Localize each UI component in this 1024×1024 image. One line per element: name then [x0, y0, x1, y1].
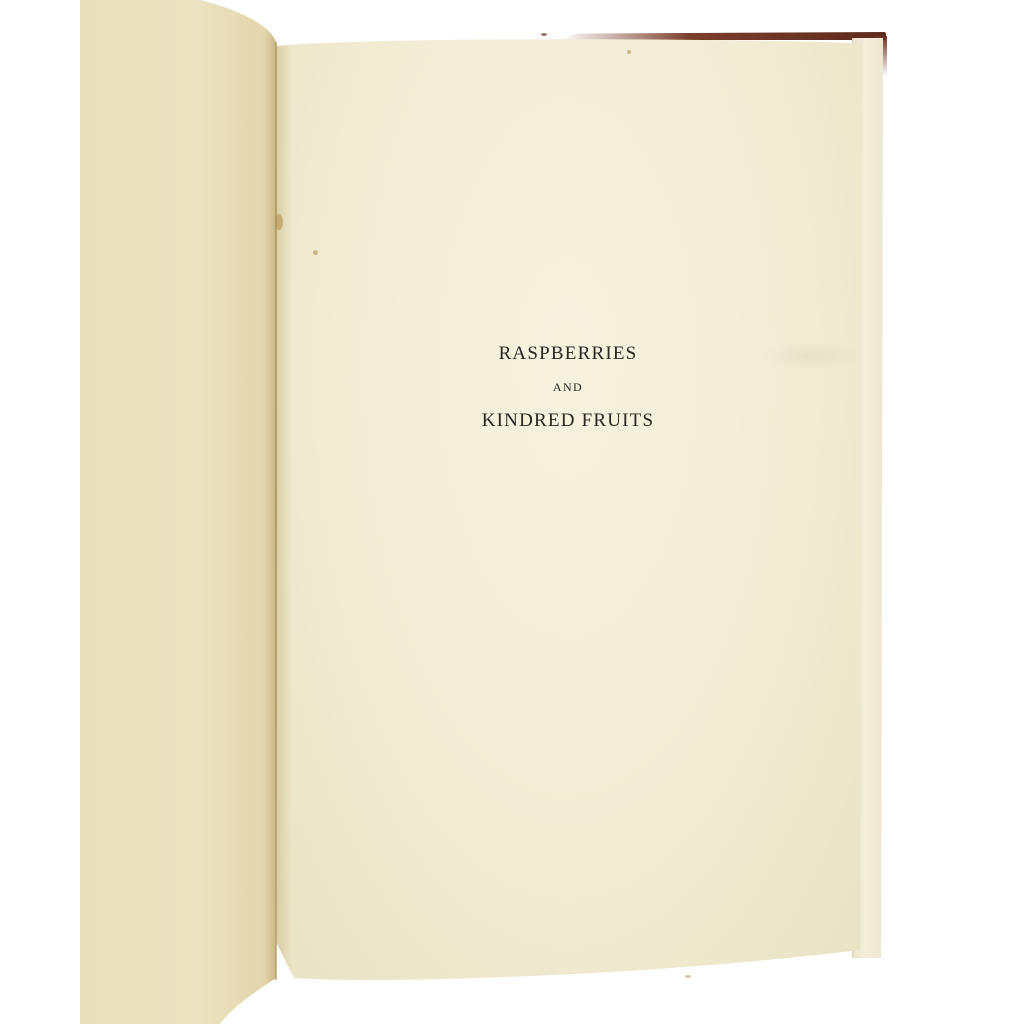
foxing-spot — [685, 975, 691, 978]
title-line-raspberries: RASPBERRIES — [274, 344, 862, 363]
back-cover-edge — [560, 32, 886, 40]
right-page — [274, 38, 862, 983]
foxing-spot — [541, 33, 547, 36]
left-page — [80, 0, 276, 1024]
book-photo: RASPBERRIES AND KINDRED FRUITS — [0, 0, 1024, 1024]
book-gutter — [275, 42, 277, 980]
foxing-spot — [313, 250, 318, 255]
title-connector-and: AND — [274, 381, 862, 393]
foxing-spot — [275, 214, 283, 230]
title-block: RASPBERRIES AND KINDRED FRUITS — [274, 344, 862, 430]
foxing-spot — [627, 50, 631, 54]
title-line-kindred-fruits: KINDRED FRUITS — [274, 411, 862, 430]
